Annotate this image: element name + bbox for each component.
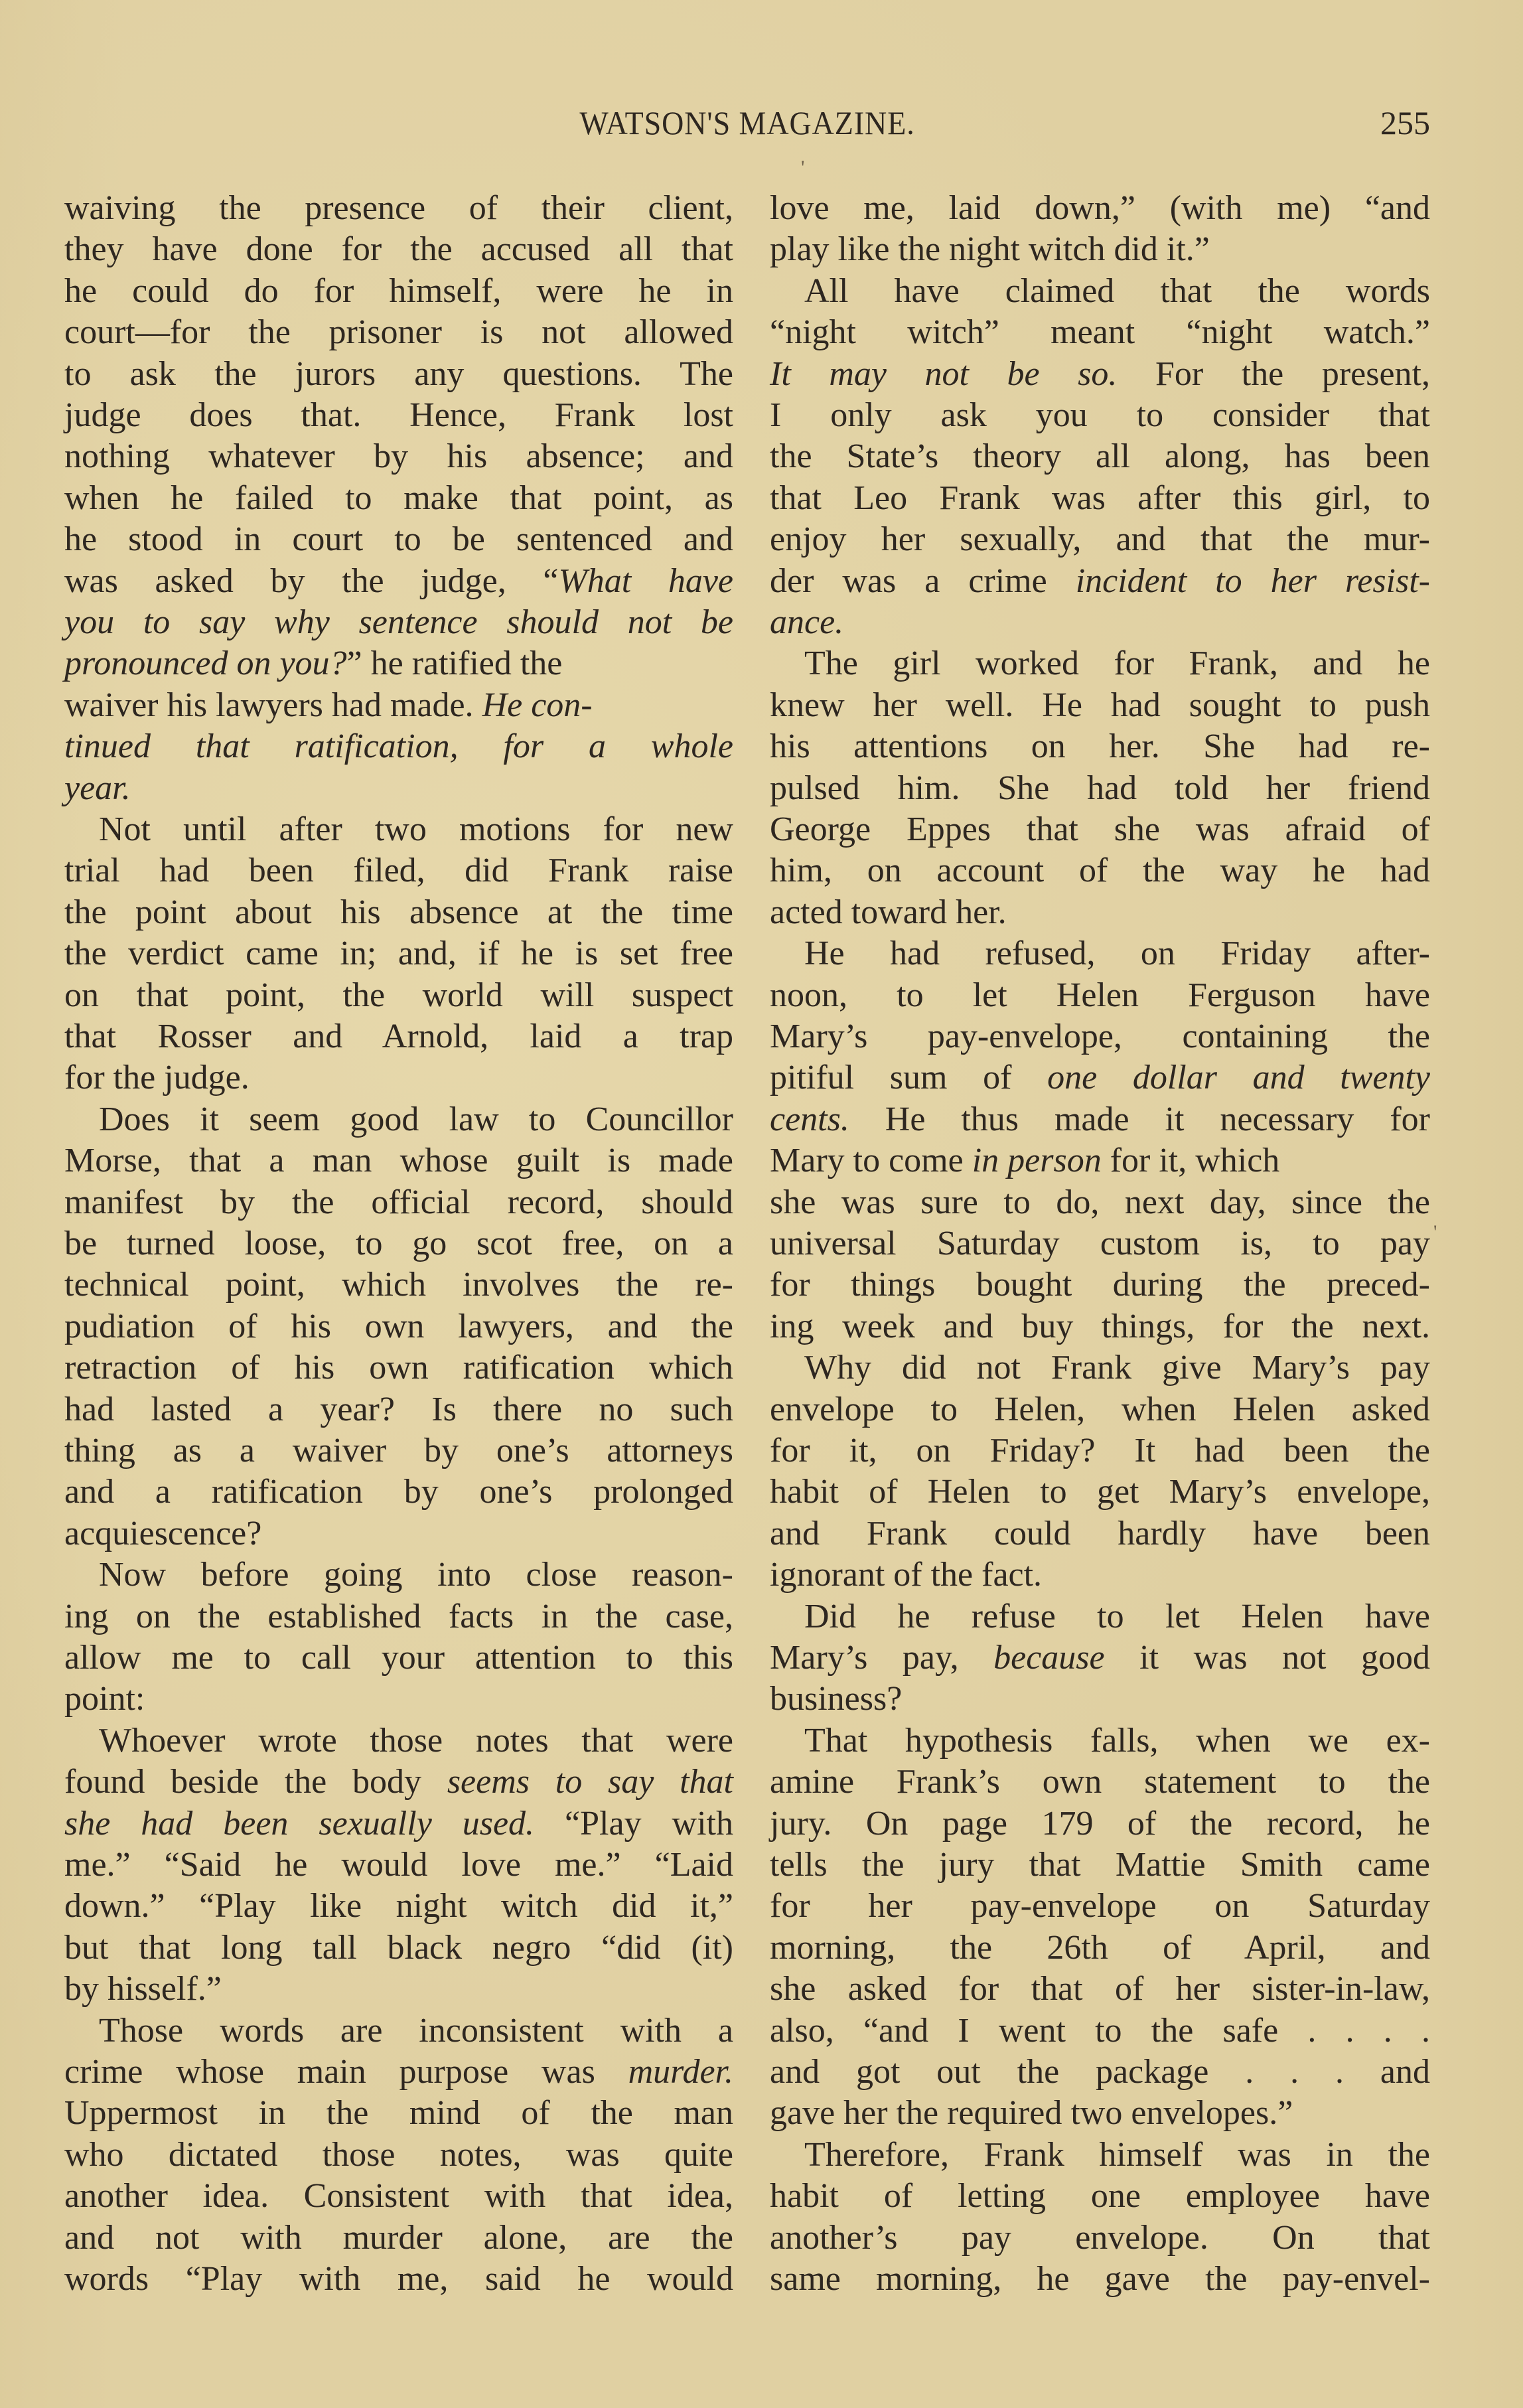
text-line: der was a crime incident to her resist-	[770, 561, 1430, 602]
text-line: another idea. Consistent with that idea,	[64, 2176, 733, 2217]
body-text: universal Saturday custom is, to pay	[770, 1225, 1430, 1262]
body-text: for it, on Friday? It had been the	[770, 1432, 1430, 1469]
text-line: by hisself.”	[64, 1969, 733, 2010]
body-text: on that point, the world will suspect	[64, 976, 733, 1014]
text-line: that Rosser and Arnold, laid a trap	[64, 1016, 733, 1057]
body-text: technical point, which involves the re-	[64, 1266, 733, 1304]
text-line: his attentions on her. She had re-	[770, 726, 1430, 767]
text-line: she had been sexually used. “Play with	[64, 1803, 733, 1844]
text-line: and got out the package . . . and	[770, 2052, 1430, 2093]
text-line: Therefore, Frank himself was in the	[770, 2135, 1430, 2176]
text-line: nothing whatever by his absence; and	[64, 436, 733, 477]
body-text: for the judge.	[64, 1059, 250, 1096]
body-text: when he failed to make that point, as	[64, 479, 733, 517]
text-line: ignorant of the fact.	[770, 1554, 1430, 1596]
body-text: another idea. Consistent with that idea,	[64, 2177, 733, 2215]
text-line: gave her the required two envelopes.”	[770, 2093, 1430, 2134]
print-speck: '	[1433, 1221, 1437, 1244]
text-line: pitiful sum of one dollar and twenty	[770, 1057, 1430, 1098]
text-line: Morse, that a man whose guilt is made	[64, 1140, 733, 1181]
text-line: down.” “Play like night witch did it,”	[64, 1886, 733, 1927]
text-line: court—for the prisoner is not allowed	[64, 312, 733, 353]
body-text: Now before going into close reason-	[99, 1556, 733, 1594]
text-line: and a ratification by one’s prolonged	[64, 1471, 733, 1513]
body-text: thing as a waiver by one’s attorneys	[64, 1432, 733, 1469]
text-line: Mary’s pay-envelope, containing the	[770, 1016, 1430, 1057]
text-line: and not with murder alone, are the	[64, 2218, 733, 2259]
text-line: pulsed him. She had told her friend	[770, 768, 1430, 809]
body-text: also, “and I went to the safe . . . .	[770, 2012, 1430, 2050]
body-text: business?	[770, 1680, 902, 1718]
body-text: had lasted a year? Is there no such	[64, 1391, 733, 1428]
italic-text: you to say why sentence should not be	[64, 603, 733, 641]
text-line: words “Play with me, said he would	[64, 2259, 733, 2300]
body-text: nothing whatever by his absence; and	[64, 437, 733, 475]
text-line: ance.	[770, 602, 1430, 643]
body-text: that Rosser and Arnold, laid a trap	[64, 1017, 733, 1055]
body-text: George Eppes that she was afraid of	[770, 810, 1430, 848]
text-line: knew her well. He had sought to push	[770, 685, 1430, 726]
text-line: tells the jury that Mattie Smith came	[770, 1844, 1430, 1886]
text-line: habit of Helen to get Mary’s envelope,	[770, 1471, 1430, 1513]
text-line: she was sure to do, next day, since the	[770, 1182, 1430, 1223]
italic-text: He con-	[482, 686, 593, 724]
text-line: him, on account of the way he had	[770, 850, 1430, 891]
italic-text: one dollar and twenty	[1047, 1059, 1430, 1096]
body-text: for it, which	[1102, 1142, 1280, 1179]
italic-text: cents.	[770, 1100, 849, 1138]
body-text: Morse, that a man whose guilt is made	[64, 1142, 733, 1179]
body-text: court—for the prisoner is not allowed	[64, 313, 733, 351]
body-text: allow me to call your attention to this	[64, 1639, 733, 1677]
text-line: envelope to Helen, when Helen asked	[770, 1389, 1430, 1430]
text-line: George Eppes that she was afraid of	[770, 809, 1430, 850]
text-line: manifest by the official record, should	[64, 1182, 733, 1223]
text-line: on that point, the world will suspect	[64, 975, 733, 1016]
text-line: and Frank could hardly have been	[770, 1513, 1430, 1554]
body-text: habit of Helen to get Mary’s envelope,	[770, 1473, 1430, 1511]
italic-text: tinued that ratification, for a whole	[64, 727, 733, 765]
italic-text: year.	[64, 769, 131, 807]
body-text: by hisself.”	[64, 1970, 222, 2008]
body-text: the verdict came in; and, if he is set f…	[64, 935, 733, 972]
text-line: he could do for himself, were he in	[64, 271, 733, 312]
text-line: universal Saturday custom is, to pay	[770, 1223, 1430, 1264]
body-text: be turned loose, to go scot free, on a	[64, 1225, 733, 1262]
body-text: “Play with	[534, 1805, 733, 1843]
body-text: but that long tall black negro “did (it)	[64, 1929, 733, 1967]
italic-text: ance.	[770, 603, 843, 641]
body-text: for her pay-envelope on Saturday	[770, 1887, 1430, 1925]
text-line: had lasted a year? Is there no such	[64, 1389, 733, 1430]
text-line: pronounced on you?” he ratified the	[64, 643, 733, 684]
text-line: year.	[64, 768, 733, 809]
text-line: He had refused, on Friday after-	[770, 933, 1430, 974]
body-text: play like the night witch did it.”	[770, 230, 1210, 268]
text-line: enjoy her sexually, and that the mur-	[770, 519, 1430, 560]
body-text: judge does that. Hence, Frank lost	[64, 396, 733, 434]
body-text: knew her well. He had sought to push	[770, 686, 1430, 724]
body-text: found beside the body	[64, 1763, 447, 1801]
text-line: amine Frank’s own statement to the	[770, 1762, 1430, 1803]
body-text: Did he refuse to let Helen have	[804, 1598, 1430, 1635]
body-text: and got out the package . . . and	[770, 2053, 1430, 2091]
body-text: noon, to let Helen Ferguson have	[770, 976, 1430, 1014]
text-line: me.” “Said he would love me.” “Laid	[64, 1844, 733, 1886]
body-text: who dictated those notes, was quite	[64, 2136, 733, 2174]
text-line: the point about his absence at the time	[64, 892, 733, 933]
italic-text: in person	[972, 1142, 1102, 1179]
body-text: he stood in court to be sentenced and	[64, 520, 733, 558]
body-text: Whoever wrote those notes that were	[99, 1722, 733, 1760]
body-text: He had refused, on Friday after-	[804, 935, 1430, 972]
italic-text: seems to say that	[447, 1763, 733, 1801]
body-text: he could do for himself, were he in	[64, 272, 733, 310]
body-text: That hypothesis falls, when we ex-	[804, 1722, 1430, 1760]
body-text: another’s pay envelope. On that	[770, 2219, 1430, 2257]
italic-text: incident to her resist-	[1076, 562, 1430, 600]
text-line: trial had been filed, did Frank raise	[64, 850, 733, 891]
magazine-title: WATSON'S MAGAZINE.	[119, 100, 1375, 146]
body-text: For the present,	[1117, 355, 1430, 393]
body-text: pulsed him. She had told her friend	[770, 769, 1430, 807]
text-line: ing week and buy things, for the next.	[770, 1306, 1430, 1347]
italic-text: she had been sexually used.	[64, 1805, 534, 1843]
text-line: It may not be so. For the present,	[770, 354, 1430, 395]
body-text: same morning, he gave the pay-envel-	[770, 2260, 1430, 2298]
text-line: Now before going into close reason-	[64, 1554, 733, 1596]
text-line: I only ask you to consider that	[770, 395, 1430, 436]
body-text: him, on account of the way he had	[770, 852, 1430, 889]
text-line: pudiation of his own lawyers, and the	[64, 1306, 733, 1347]
italic-text: murder.	[628, 2053, 733, 2091]
text-line: you to say why sentence should not be	[64, 602, 733, 643]
print-speck: '	[801, 157, 804, 179]
text-line: for it, on Friday? It had been the	[770, 1430, 1430, 1471]
body-text: words “Play with me, said he would	[64, 2260, 733, 2298]
body-text: Not until after two motions for new	[99, 810, 733, 848]
body-text: acquiescence?	[64, 1515, 261, 1552]
text-line: be turned loose, to go scot free, on a	[64, 1223, 733, 1264]
text-line: tinued that ratification, for a whole	[64, 726, 733, 767]
page-number: 255	[1380, 100, 1430, 146]
text-line: Uppermost in the mind of the man	[64, 2093, 733, 2134]
body-text: He thus made it necessary for	[849, 1100, 1430, 1138]
body-text: retraction of his own ratification which	[64, 1349, 733, 1387]
body-text: his attentions on her. She had re-	[770, 727, 1430, 765]
text-line: That hypothesis falls, when we ex-	[770, 1720, 1430, 1762]
text-line: Those words are inconsistent with a	[64, 2010, 733, 2052]
text-line: love me, laid down,” (with me) “and	[770, 188, 1430, 229]
body-text: me.” “Said he would love me.” “Laid	[64, 1846, 733, 1884]
body-text: ing week and buy things, for the next.	[770, 1308, 1430, 1345]
text-line: judge does that. Hence, Frank lost	[64, 395, 733, 436]
body-text: to ask the jurors any questions. The	[64, 355, 733, 393]
text-line: business?	[770, 1679, 1430, 1720]
text-line: acted toward her.	[770, 892, 1430, 933]
body-text: Does it seem good law to Councillor	[99, 1100, 733, 1138]
text-line: Why did not Frank give Mary’s pay	[770, 1347, 1430, 1389]
text-line: but that long tall black negro “did (it)	[64, 1927, 733, 1969]
text-line: Not until after two motions for new	[64, 809, 733, 850]
text-line: acquiescence?	[64, 1513, 733, 1554]
text-line: also, “and I went to the safe . . . .	[770, 2010, 1430, 2052]
body-text: ignorant of the fact.	[770, 1556, 1042, 1594]
text-line: for things bought during the preced-	[770, 1264, 1430, 1306]
body-text: pudiation of his own lawyers, and the	[64, 1308, 733, 1345]
italic-text: What have	[558, 562, 733, 600]
body-text: pitiful sum of	[770, 1059, 1047, 1096]
text-line: All have claimed that the words	[770, 271, 1430, 312]
text-line: ing on the established facts in the case…	[64, 1596, 733, 1637]
body-text: she asked for that of her sister-in-law,	[770, 1970, 1430, 2008]
body-text: envelope to Helen, when Helen asked	[770, 1391, 1430, 1428]
italic-text: because	[993, 1639, 1104, 1677]
text-line: allow me to call your attention to this	[64, 1637, 733, 1679]
text-line: the verdict came in; and, if he is set f…	[64, 933, 733, 974]
body-text: ing on the established facts in the case…	[64, 1598, 733, 1635]
body-text: was asked by the judge, “	[64, 562, 558, 600]
body-text: manifest by the official record, should	[64, 1183, 733, 1221]
text-line: crime whose main purpose was murder.	[64, 2052, 733, 2093]
text-line: cents. He thus made it necessary for	[770, 1099, 1430, 1140]
body-text: they have done for the accused all that	[64, 230, 733, 268]
italic-text: pronounced on you?	[64, 644, 347, 682]
text-line: “night witch” meant “night watch.”	[770, 312, 1430, 353]
text-line: he stood in court to be sentenced and	[64, 519, 733, 560]
body-text: enjoy her sexually, and that the mur-	[770, 520, 1430, 558]
text-line: Does it seem good law to Councillor	[64, 1099, 733, 1140]
body-text: The girl worked for Frank, and he	[804, 644, 1430, 682]
body-text: der was a crime	[770, 562, 1076, 600]
text-line: to ask the jurors any questions. The	[64, 354, 733, 395]
body-text: Mary’s pay,	[770, 1639, 993, 1677]
body-text: love me, laid down,” (with me) “and	[770, 189, 1430, 227]
text-line: point:	[64, 1679, 733, 1720]
body-text: point:	[64, 1680, 145, 1718]
text-line: found beside the body seems to say that	[64, 1762, 733, 1803]
text-line: play like the night witch did it.”	[770, 229, 1430, 270]
body-text: morning, the 26th of April, and	[770, 1929, 1430, 1967]
body-text: down.” “Play like night witch did it,”	[64, 1887, 733, 1925]
body-text: it was not good	[1105, 1639, 1430, 1677]
text-line: waiver his lawyers had made. He con-	[64, 685, 733, 726]
text-line: Did he refuse to let Helen have	[770, 1596, 1430, 1637]
body-text: Mary to come	[770, 1142, 972, 1179]
text-line: Whoever wrote those notes that were	[64, 1720, 733, 1762]
text-line: habit of letting one employee have	[770, 2176, 1430, 2217]
body-text: All have claimed that the words	[804, 272, 1430, 310]
text-line: same morning, he gave the pay-envel-	[770, 2259, 1430, 2300]
body-text: and Frank could hardly have been	[770, 1515, 1430, 1552]
body-text: and a ratification by one’s prolonged	[64, 1473, 733, 1511]
body-text: Uppermost in the mind of the man	[64, 2094, 733, 2132]
text-line: morning, the 26th of April, and	[770, 1927, 1430, 1969]
text-line: Mary’s pay, because it was not good	[770, 1637, 1430, 1679]
body-text: for things bought during the preced-	[770, 1266, 1430, 1304]
text-line: The girl worked for Frank, and he	[770, 643, 1430, 684]
body-text: waiver his lawyers had made.	[64, 686, 482, 724]
text-line: noon, to let Helen Ferguson have	[770, 975, 1430, 1016]
italic-text: It may not be so.	[770, 355, 1117, 393]
body-text: that Leo Frank was after this girl, to	[770, 479, 1430, 517]
text-line: technical point, which involves the re-	[64, 1264, 733, 1306]
body-text: acted toward her.	[770, 893, 1007, 931]
text-line: was asked by the judge, “What have	[64, 561, 733, 602]
body-text: Why did not Frank give Mary’s pay	[804, 1349, 1430, 1387]
body-text: crime whose main purpose was	[64, 2053, 628, 2091]
text-line: for her pay-envelope on Saturday	[770, 1886, 1430, 1927]
text-line: for the judge.	[64, 1057, 733, 1098]
body-text: the point about his absence at the time	[64, 893, 733, 931]
body-text: trial had been filed, did Frank raise	[64, 852, 733, 889]
body-text: and not with murder alone, are the	[64, 2219, 733, 2257]
body-text: habit of letting one employee have	[770, 2177, 1430, 2215]
text-line: retraction of his own ratification which	[64, 1347, 733, 1389]
body-text: gave her the required two envelopes.”	[770, 2094, 1293, 2132]
text-line: thing as a waiver by one’s attorneys	[64, 1430, 733, 1471]
text-line: who dictated those notes, was quite	[64, 2135, 733, 2176]
body-text: “night witch” meant “night watch.”	[770, 313, 1430, 351]
body-text: Mary’s pay-envelope, containing the	[770, 1017, 1430, 1055]
body-text: tells the jury that Mattie Smith came	[770, 1846, 1430, 1884]
body-text: the State’s theory all along, has been	[770, 437, 1430, 475]
text-line: jury. On page 179 of the record, he	[770, 1803, 1430, 1844]
body-text: amine Frank’s own statement to the	[770, 1763, 1430, 1801]
text-line: they have done for the accused all that	[64, 229, 733, 270]
body-text: she was sure to do, next day, since the	[770, 1183, 1430, 1221]
text-line: another’s pay envelope. On that	[770, 2218, 1430, 2259]
magazine-page: WATSON'S MAGAZINE. 255 waiving the prese…	[0, 0, 1523, 2408]
body-text: waiving the presence of their client,	[64, 189, 733, 227]
text-line: the State’s theory all along, has been	[770, 436, 1430, 477]
body-text: I only ask you to consider that	[770, 396, 1430, 434]
body-text: Those words are inconsistent with a	[99, 2012, 733, 2050]
text-line: Mary to come in person for it, which	[770, 1140, 1430, 1181]
body-text: ” he ratified the	[347, 644, 563, 682]
text-line: she asked for that of her sister-in-law,	[770, 1969, 1430, 2010]
text-line: waiving the presence of their client,	[64, 188, 733, 229]
body-text: Therefore, Frank himself was in the	[804, 2136, 1430, 2174]
body-text: jury. On page 179 of the record, he	[770, 1805, 1430, 1843]
running-header: WATSON'S MAGAZINE. 255	[64, 100, 1430, 146]
text-line: that Leo Frank was after this girl, to	[770, 478, 1430, 519]
text-line: when he failed to make that point, as	[64, 478, 733, 519]
